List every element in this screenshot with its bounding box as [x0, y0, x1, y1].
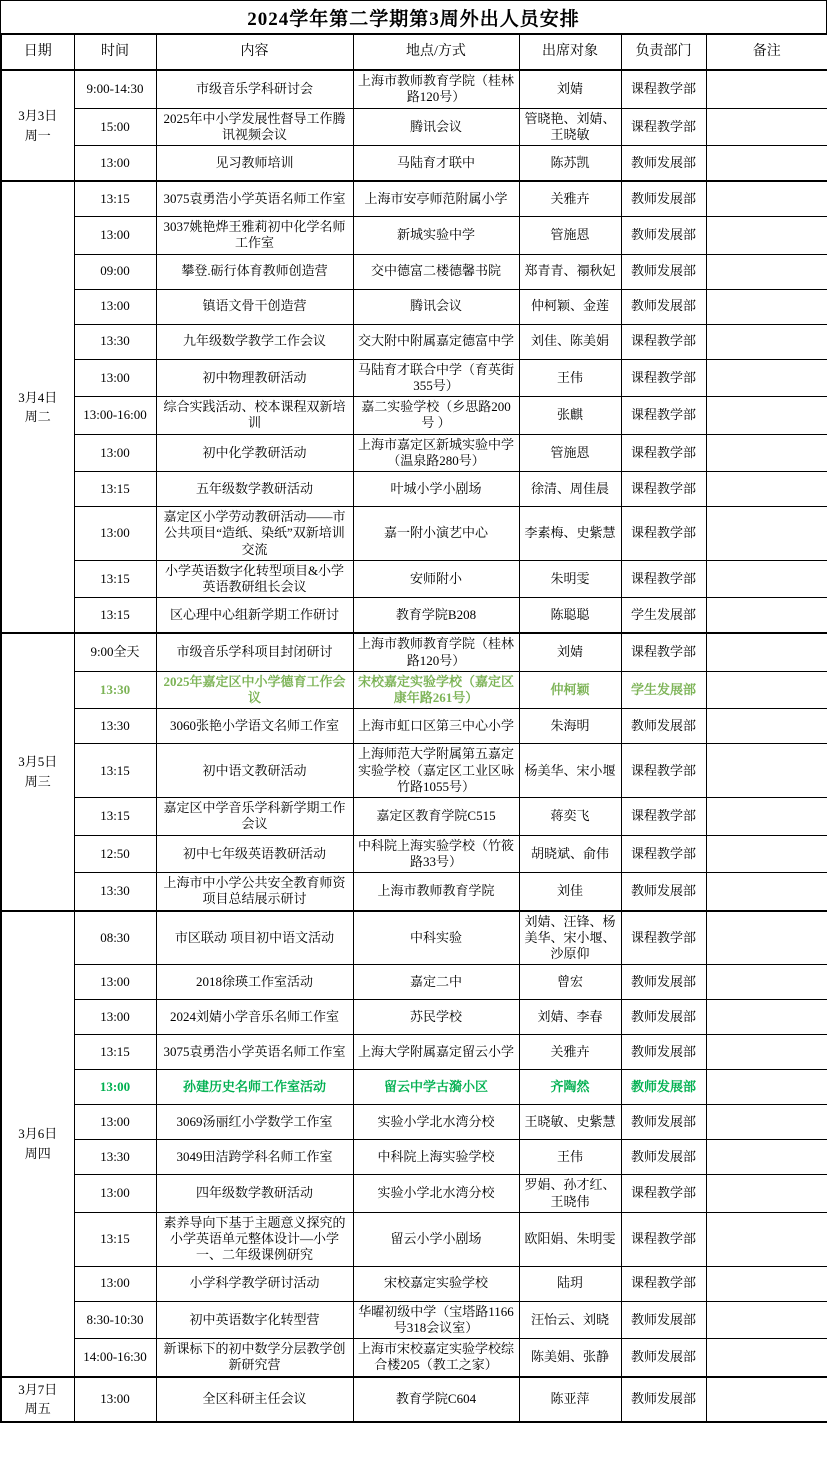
table-row: 3月3日周一9:00-14:30市级音乐学科研讨会上海市教师教育学院（桂林路12…: [1, 70, 827, 108]
table-row: 8:30-10:30初中英语数字化转型营华曜初级中学（宝塔路1166号318会议…: [1, 1301, 827, 1339]
header-row: 日期时间内容地点/方式出席对象负责部门备注: [1, 34, 827, 70]
content-cell: 素养导向下基于主题意义探究的小学英语单元整体设计—小学一、二年级课例研究: [156, 1212, 353, 1266]
place-cell: 腾讯会议: [353, 108, 519, 146]
dept-cell: 课程教学部: [621, 1175, 706, 1213]
time-cell: 13:30: [74, 709, 156, 744]
dept-cell: 课程教学部: [621, 1212, 706, 1266]
column-header-1: 日期: [1, 34, 74, 70]
dept-cell: 教师发展部: [621, 254, 706, 289]
attendees-cell: 仲柯颖、金莲: [519, 289, 621, 324]
time-cell: 13:00: [74, 434, 156, 472]
content-cell: 市级音乐学科研讨会: [156, 70, 353, 108]
place-cell: 交中德富二楼德馨书院: [353, 254, 519, 289]
column-header-7: 备注: [706, 34, 827, 70]
note-cell: [706, 1035, 827, 1070]
table-row: 13:00初中化学教研活动上海市嘉定区新城实验中学（温泉路280号）管施恩课程教…: [1, 434, 827, 472]
attendees-cell: 徐清、周佳晨: [519, 472, 621, 507]
attendees-cell: 关雅卉: [519, 1035, 621, 1070]
table-row: 09:00攀登.砺行体育教师创造营交中德富二楼德馨书院郑青青、禤秋妃教师发展部: [1, 254, 827, 289]
dept-cell: 教师发展部: [621, 1105, 706, 1140]
attendees-cell: 刘婧、汪锋、杨美华、宋小堰、沙原仰: [519, 911, 621, 965]
date-label: 3月7日: [5, 1380, 71, 1400]
date-cell: 3月7日周五: [1, 1377, 74, 1422]
time-cell: 13:30: [74, 671, 156, 709]
time-cell: 13:00: [74, 507, 156, 561]
table-row: 13:00四年级数学教研活动实验小学北水湾分校罗娟、孙才红、王晓伟课程教学部: [1, 1175, 827, 1213]
time-cell: 13:00: [74, 289, 156, 324]
attendees-cell: 陈聪聪: [519, 598, 621, 634]
content-cell: 市区联动 项目初中语文活动: [156, 911, 353, 965]
content-cell: 初中语文教研活动: [156, 744, 353, 798]
note-cell: [706, 798, 827, 836]
note-cell: [706, 873, 827, 911]
schedule-table: 日期时间内容地点/方式出席对象负责部门备注 3月3日周一9:00-14:30市级…: [0, 33, 827, 1423]
place-cell: 上海市宋校嘉定实验学校综合楼205（教工之家）: [353, 1339, 519, 1377]
table-row: 13:303049田洁跨学科名师工作室中科院上海实验学校王伟教师发展部: [1, 1140, 827, 1175]
place-cell: 华曜初级中学（宝塔路1166号318会议室）: [353, 1301, 519, 1339]
note-cell: [706, 744, 827, 798]
dept-cell: 教师发展部: [621, 873, 706, 911]
attendees-cell: 胡晓斌、俞伟: [519, 835, 621, 873]
place-cell: 嘉定二中: [353, 965, 519, 1000]
note-cell: [706, 1377, 827, 1422]
dept-cell: 课程教学部: [621, 70, 706, 108]
content-cell: 全区科研主任会议: [156, 1377, 353, 1422]
place-cell: 中科院上海实验学校: [353, 1140, 519, 1175]
note-cell: [706, 1266, 827, 1301]
time-cell: 13:00: [74, 1070, 156, 1105]
date-label: 3月4日: [5, 388, 71, 408]
note-cell: [706, 1212, 827, 1266]
place-cell: 上海市教师教育学院: [353, 873, 519, 911]
content-cell: 3069汤丽红小学数学工作室: [156, 1105, 353, 1140]
content-cell: 嘉定区小学劳动教研活动——市公共项目“造纸、染纸”双新培训交流: [156, 507, 353, 561]
attendees-cell: 陈美娟、张静: [519, 1339, 621, 1377]
time-cell: 13:00: [74, 1175, 156, 1213]
table-row: 12:50初中七年级英语教研活动中科院上海实验学校（竹筱路33号）胡晓斌、俞伟课…: [1, 835, 827, 873]
attendees-cell: 王伟: [519, 359, 621, 397]
note-cell: [706, 1301, 827, 1339]
time-cell: 13:00: [74, 1266, 156, 1301]
place-cell: 留云小学小剧场: [353, 1212, 519, 1266]
table-row: 13:003069汤丽红小学数学工作室实验小学北水湾分校王晓敏、史紫慧教师发展部: [1, 1105, 827, 1140]
attendees-cell: 关雅卉: [519, 181, 621, 217]
dept-cell: 课程教学部: [621, 744, 706, 798]
place-cell: 教育学院B208: [353, 598, 519, 634]
attendees-cell: 曾宏: [519, 965, 621, 1000]
date-label: 3月5日: [5, 752, 71, 772]
attendees-cell: 汪怡云、刘晓: [519, 1301, 621, 1339]
note-cell: [706, 397, 827, 435]
content-cell: 嘉定区中学音乐学科新学期工作会议: [156, 798, 353, 836]
dept-cell: 课程教学部: [621, 472, 706, 507]
attendees-cell: 管施恩: [519, 434, 621, 472]
place-cell: 中科院上海实验学校（竹筱路33号）: [353, 835, 519, 873]
place-cell: 嘉定区教育学院C515: [353, 798, 519, 836]
date-label: 3月6日: [5, 1124, 71, 1144]
time-cell: 12:50: [74, 835, 156, 873]
attendees-cell: 陆玥: [519, 1266, 621, 1301]
attendees-cell: 管晓艳、刘婧、王晓敏: [519, 108, 621, 146]
time-cell: 14:00-16:30: [74, 1339, 156, 1377]
time-cell: 13:15: [74, 1035, 156, 1070]
weekday-label: 周二: [5, 407, 71, 427]
table-row: 3月6日周四08:30市区联动 项目初中语文活动中科实验刘婧、汪锋、杨美华、宋小…: [1, 911, 827, 965]
place-cell: 嘉一附小演艺中心: [353, 507, 519, 561]
attendees-cell: 齐陶然: [519, 1070, 621, 1105]
dept-cell: 教师发展部: [621, 1070, 706, 1105]
time-cell: 13:00: [74, 1105, 156, 1140]
dept-cell: 教师发展部: [621, 181, 706, 217]
date-cell: 3月4日周二: [1, 181, 74, 633]
content-cell: 九年级数学教学工作会议: [156, 324, 353, 359]
dept-cell: 教师发展部: [621, 217, 706, 255]
note-cell: [706, 560, 827, 598]
table-row: 3月5日周三9:00全天市级音乐学科项目封闭研讨上海市教师教育学院（桂林路120…: [1, 633, 827, 671]
attendees-cell: 蒋奕飞: [519, 798, 621, 836]
note-cell: [706, 1070, 827, 1105]
place-cell: 实验小学北水湾分校: [353, 1105, 519, 1140]
note-cell: [706, 911, 827, 965]
dept-cell: 课程教学部: [621, 108, 706, 146]
table-row: 13:303060张艳小学语文名师工作室上海市虹口区第三中心小学朱海明教师发展部: [1, 709, 827, 744]
table-row: 13:00镇语文骨干创造营腾讯会议仲柯颖、金莲教师发展部: [1, 289, 827, 324]
table-row: 13:30九年级数学教学工作会议交大附中附属嘉定德富中学刘佳、陈美娟课程教学部: [1, 324, 827, 359]
table-row: 13:002018徐瑛工作室活动嘉定二中曾宏教师发展部: [1, 965, 827, 1000]
content-cell: 攀登.砺行体育教师创造营: [156, 254, 353, 289]
attendees-cell: 罗娟、孙才红、王晓伟: [519, 1175, 621, 1213]
time-cell: 13:15: [74, 744, 156, 798]
dept-cell: 学生发展部: [621, 598, 706, 634]
dept-cell: 课程教学部: [621, 397, 706, 435]
column-header-2: 时间: [74, 34, 156, 70]
place-cell: 宋校嘉定实验学校: [353, 1266, 519, 1301]
note-cell: [706, 965, 827, 1000]
place-cell: 上海市虹口区第三中心小学: [353, 709, 519, 744]
attendees-cell: 欧阳娟、朱明雯: [519, 1212, 621, 1266]
table-row: 14:00-16:30新课标下的初中数学分层教学创新研究营上海市宋校嘉定实验学校…: [1, 1339, 827, 1377]
place-cell: 嘉二实验学校（乡思路200号 ）: [353, 397, 519, 435]
place-cell: 实验小学北水湾分校: [353, 1175, 519, 1213]
dept-cell: 教师发展部: [621, 1000, 706, 1035]
content-cell: 小学英语数字化转型项目&小学英语教研组长会议: [156, 560, 353, 598]
time-cell: 13:00: [74, 1000, 156, 1035]
place-cell: 上海市教师教育学院（桂林路120号）: [353, 633, 519, 671]
time-cell: 8:30-10:30: [74, 1301, 156, 1339]
note-cell: [706, 254, 827, 289]
table-row: 13:00孙建历史名师工作室活动留云中学古漪小区齐陶然教师发展部: [1, 1070, 827, 1105]
column-header-4: 地点/方式: [353, 34, 519, 70]
content-cell: 3037姚艳烨王雅莉初中化学名师工作室: [156, 217, 353, 255]
content-cell: 2018徐瑛工作室活动: [156, 965, 353, 1000]
attendees-cell: 王伟: [519, 1140, 621, 1175]
table-row: 13:00初中物理教研活动马陆育才联合中学（育英街355号）王伟课程教学部: [1, 359, 827, 397]
table-row: 13:003037姚艳烨王雅莉初中化学名师工作室新城实验中学管施恩教师发展部: [1, 217, 827, 255]
table-row: 13:002024刘婧小学音乐名师工作室苏民学校刘婧、李春教师发展部: [1, 1000, 827, 1035]
content-cell: 区心理中心组新学期工作研讨: [156, 598, 353, 634]
weekday-label: 周五: [5, 1399, 71, 1419]
note-cell: [706, 289, 827, 324]
place-cell: 上海市教师教育学院（桂林路120号）: [353, 70, 519, 108]
table-row: 3月4日周二13:153075袁勇浩小学英语名师工作室上海市安亭师范附属小学关雅…: [1, 181, 827, 217]
place-cell: 叶城小学小剧场: [353, 472, 519, 507]
schedule-page: 2024学年第二学期第3周外出人员安排 日期时间内容地点/方式出席对象负责部门备…: [0, 0, 827, 1483]
date-cell: 3月5日周三: [1, 633, 74, 910]
attendees-cell: 刘佳、陈美娟: [519, 324, 621, 359]
dept-cell: 教师发展部: [621, 1339, 706, 1377]
attendees-cell: 刘婧: [519, 633, 621, 671]
table-row: 13:00见习教师培训马陆育才联中陈苏凯教师发展部: [1, 146, 827, 182]
dept-cell: 教师发展部: [621, 1301, 706, 1339]
time-cell: 13:00: [74, 359, 156, 397]
content-cell: 上海市中小学公共安全教育师资项目总结展示研讨: [156, 873, 353, 911]
content-cell: 综合实践活动、校本课程双新培训: [156, 397, 353, 435]
content-cell: 初中英语数字化转型营: [156, 1301, 353, 1339]
note-cell: [706, 1105, 827, 1140]
content-cell: 3049田洁跨学科名师工作室: [156, 1140, 353, 1175]
time-cell: 13:00: [74, 146, 156, 182]
table-row: 15:002025年中小学发展性督导工作腾讯视频会议腾讯会议管晓艳、刘婧、王晓敏…: [1, 108, 827, 146]
dept-cell: 教师发展部: [621, 1035, 706, 1070]
time-cell: 09:00: [74, 254, 156, 289]
attendees-cell: 仲柯颖: [519, 671, 621, 709]
table-row: 13:15小学英语数字化转型项目&小学英语教研组长会议安师附小朱明雯课程教学部: [1, 560, 827, 598]
content-cell: 2024刘婧小学音乐名师工作室: [156, 1000, 353, 1035]
dept-cell: 课程教学部: [621, 324, 706, 359]
note-cell: [706, 108, 827, 146]
dept-cell: 课程教学部: [621, 1266, 706, 1301]
note-cell: [706, 598, 827, 634]
column-header-6: 负责部门: [621, 34, 706, 70]
attendees-cell: 杨美华、宋小堰: [519, 744, 621, 798]
note-cell: [706, 434, 827, 472]
attendees-cell: 王晓敏、史紫慧: [519, 1105, 621, 1140]
content-cell: 见习教师培训: [156, 146, 353, 182]
place-cell: 中科实验: [353, 911, 519, 965]
content-cell: 四年级数学教研活动: [156, 1175, 353, 1213]
attendees-cell: 管施恩: [519, 217, 621, 255]
page-title: 2024学年第二学期第3周外出人员安排: [0, 0, 827, 33]
note-cell: [706, 472, 827, 507]
place-cell: 苏民学校: [353, 1000, 519, 1035]
note-cell: [706, 1339, 827, 1377]
time-cell: 9:00-14:30: [74, 70, 156, 108]
content-cell: 初中物理教研活动: [156, 359, 353, 397]
content-cell: 初中七年级英语教研活动: [156, 835, 353, 873]
note-cell: [706, 709, 827, 744]
note-cell: [706, 633, 827, 671]
place-cell: 上海师范大学附属第五嘉定实验学校（嘉定区工业区咏竹路1055号）: [353, 744, 519, 798]
attendees-cell: 陈亚萍: [519, 1377, 621, 1422]
table-row: 13:00小学科学教学研讨活动宋校嘉定实验学校陆玥课程教学部: [1, 1266, 827, 1301]
place-cell: 马陆育才联合中学（育英街355号）: [353, 359, 519, 397]
content-cell: 镇语文骨干创造营: [156, 289, 353, 324]
table-row: 13:00嘉定区小学劳动教研活动——市公共项目“造纸、染纸”双新培训交流嘉一附小…: [1, 507, 827, 561]
time-cell: 13:15: [74, 181, 156, 217]
attendees-cell: 李素梅、史紫慧: [519, 507, 621, 561]
note-cell: [706, 507, 827, 561]
date-cell: 3月6日周四: [1, 911, 74, 1377]
table-row: 13:15五年级数学教研活动叶城小学小剧场徐清、周佳晨课程教学部: [1, 472, 827, 507]
table-row: 3月7日周五13:00全区科研主任会议教育学院C604陈亚萍教师发展部: [1, 1377, 827, 1422]
attendees-cell: 刘婧、李春: [519, 1000, 621, 1035]
content-cell: 初中化学教研活动: [156, 434, 353, 472]
time-cell: 13:00: [74, 217, 156, 255]
place-cell: 马陆育才联中: [353, 146, 519, 182]
place-cell: 新城实验中学: [353, 217, 519, 255]
place-cell: 上海大学附属嘉定留云小学: [353, 1035, 519, 1070]
place-cell: 安师附小: [353, 560, 519, 598]
table-row: 13:30上海市中小学公共安全教育师资项目总结展示研讨上海市教师教育学院刘佳教师…: [1, 873, 827, 911]
table-row: 13:00-16:00综合实践活动、校本课程双新培训嘉二实验学校（乡思路200号…: [1, 397, 827, 435]
dept-cell: 教师发展部: [621, 965, 706, 1000]
dept-cell: 教师发展部: [621, 1377, 706, 1422]
content-cell: 孙建历史名师工作室活动: [156, 1070, 353, 1105]
place-cell: 宋校嘉定实验学校（嘉定区康年路261号）: [353, 671, 519, 709]
note-cell: [706, 217, 827, 255]
attendees-cell: 朱海明: [519, 709, 621, 744]
place-cell: 留云中学古漪小区: [353, 1070, 519, 1105]
content-cell: 3075袁勇浩小学英语名师工作室: [156, 1035, 353, 1070]
place-cell: 上海市安亭师范附属小学: [353, 181, 519, 217]
note-cell: [706, 359, 827, 397]
dept-cell: 课程教学部: [621, 434, 706, 472]
content-cell: 五年级数学教研活动: [156, 472, 353, 507]
time-cell: 08:30: [74, 911, 156, 965]
note-cell: [706, 835, 827, 873]
table-row: 13:15初中语文教研活动上海师范大学附属第五嘉定实验学校（嘉定区工业区咏竹路1…: [1, 744, 827, 798]
place-cell: 上海市嘉定区新城实验中学（温泉路280号）: [353, 434, 519, 472]
time-cell: 13:15: [74, 1212, 156, 1266]
dept-cell: 课程教学部: [621, 560, 706, 598]
content-cell: 市级音乐学科项目封闭研讨: [156, 633, 353, 671]
content-cell: 3060张艳小学语文名师工作室: [156, 709, 353, 744]
time-cell: 13:00: [74, 1377, 156, 1422]
date-cell: 3月3日周一: [1, 70, 74, 181]
dept-cell: 教师发展部: [621, 1140, 706, 1175]
time-cell: 9:00全天: [74, 633, 156, 671]
table-row: 13:302025年嘉定区中小学德育工作会议宋校嘉定实验学校（嘉定区康年路261…: [1, 671, 827, 709]
attendees-cell: 陈苏凯: [519, 146, 621, 182]
content-cell: 小学科学教学研讨活动: [156, 1266, 353, 1301]
time-cell: 15:00: [74, 108, 156, 146]
attendees-cell: 张麒: [519, 397, 621, 435]
dept-cell: 课程教学部: [621, 798, 706, 836]
table-row: 13:15区心理中心组新学期工作研讨教育学院B208陈聪聪学生发展部: [1, 598, 827, 634]
dept-cell: 课程教学部: [621, 835, 706, 873]
attendees-cell: 郑青青、禤秋妃: [519, 254, 621, 289]
time-cell: 13:15: [74, 798, 156, 836]
place-cell: 腾讯会议: [353, 289, 519, 324]
note-cell: [706, 324, 827, 359]
dept-cell: 教师发展部: [621, 146, 706, 182]
date-label: 3月3日: [5, 106, 71, 126]
note-cell: [706, 146, 827, 182]
table-row: 13:153075袁勇浩小学英语名师工作室上海大学附属嘉定留云小学关雅卉教师发展…: [1, 1035, 827, 1070]
dept-cell: 学生发展部: [621, 671, 706, 709]
content-cell: 3075袁勇浩小学英语名师工作室: [156, 181, 353, 217]
note-cell: [706, 1140, 827, 1175]
time-cell: 13:15: [74, 598, 156, 634]
time-cell: 13:30: [74, 324, 156, 359]
dept-cell: 课程教学部: [621, 507, 706, 561]
place-cell: 教育学院C604: [353, 1377, 519, 1422]
column-header-5: 出席对象: [519, 34, 621, 70]
dept-cell: 教师发展部: [621, 709, 706, 744]
weekday-label: 周一: [5, 126, 71, 146]
time-cell: 13:00-16:00: [74, 397, 156, 435]
dept-cell: 课程教学部: [621, 359, 706, 397]
table-row: 13:15素养导向下基于主题意义探究的小学英语单元整体设计—小学一、二年级课例研…: [1, 1212, 827, 1266]
place-cell: 交大附中附属嘉定德富中学: [353, 324, 519, 359]
note-cell: [706, 671, 827, 709]
content-cell: 2025年中小学发展性督导工作腾讯视频会议: [156, 108, 353, 146]
weekday-label: 周三: [5, 772, 71, 792]
attendees-cell: 刘佳: [519, 873, 621, 911]
weekday-label: 周四: [5, 1144, 71, 1164]
time-cell: 13:30: [74, 873, 156, 911]
attendees-cell: 朱明雯: [519, 560, 621, 598]
table-row: 13:15嘉定区中学音乐学科新学期工作会议嘉定区教育学院C515蒋奕飞课程教学部: [1, 798, 827, 836]
attendees-cell: 刘婧: [519, 70, 621, 108]
note-cell: [706, 181, 827, 217]
time-cell: 13:30: [74, 1140, 156, 1175]
dept-cell: 教师发展部: [621, 289, 706, 324]
note-cell: [706, 1175, 827, 1213]
dept-cell: 课程教学部: [621, 911, 706, 965]
column-header-3: 内容: [156, 34, 353, 70]
time-cell: 13:15: [74, 560, 156, 598]
note-cell: [706, 70, 827, 108]
note-cell: [706, 1000, 827, 1035]
time-cell: 13:15: [74, 472, 156, 507]
time-cell: 13:00: [74, 965, 156, 1000]
content-cell: 新课标下的初中数学分层教学创新研究营: [156, 1339, 353, 1377]
content-cell: 2025年嘉定区中小学德育工作会议: [156, 671, 353, 709]
dept-cell: 课程教学部: [621, 633, 706, 671]
